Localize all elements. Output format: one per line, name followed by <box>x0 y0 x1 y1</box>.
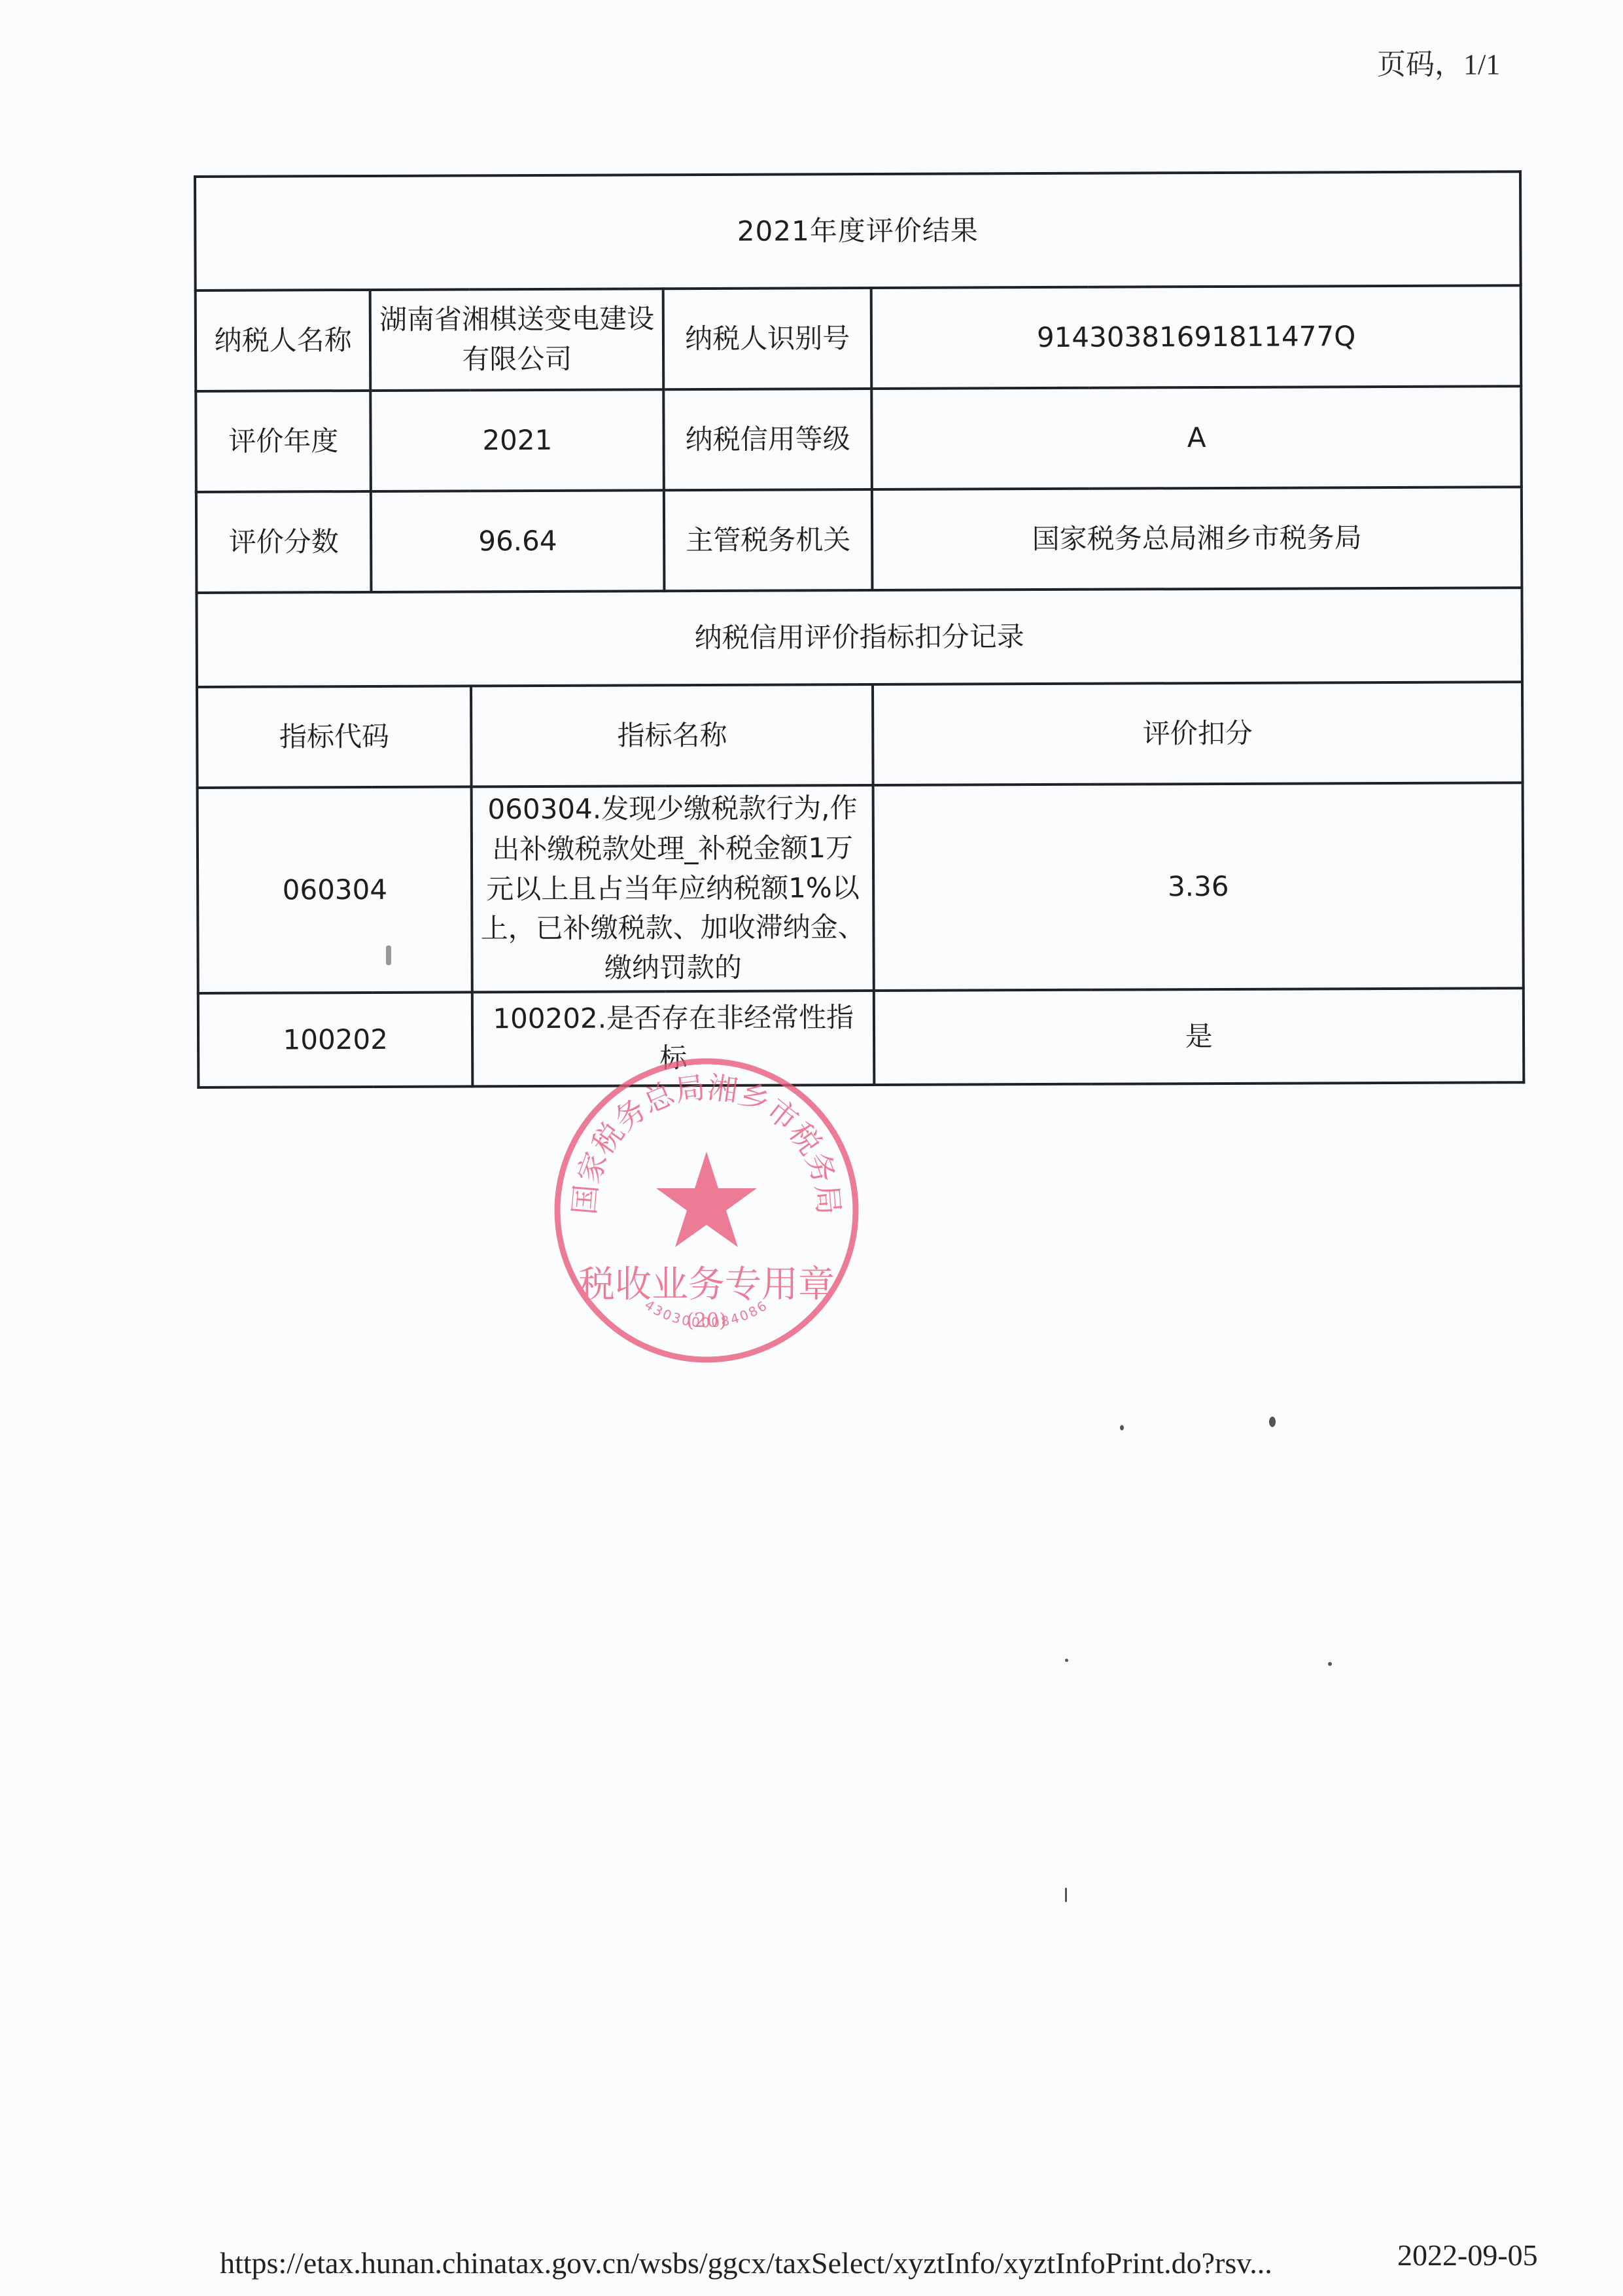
authority-label: 主管税务机关 <box>664 489 873 591</box>
scan-speck <box>386 945 391 965</box>
taxpayer-name-value: 湖南省湘棋送变电建设有限公司 <box>370 289 663 391</box>
taxpayer-name-label: 纳税人名称 <box>196 290 371 391</box>
column-header-deduction: 评价扣分 <box>873 682 1522 785</box>
indicator-name: 060304.发现少缴税款行为,作出补缴税款处理_补税金额1万元以上且占当年应纳… <box>472 785 874 992</box>
deduction-header-row: 指标代码 指标名称 评价扣分 <box>197 682 1523 788</box>
star-icon <box>656 1152 757 1247</box>
info-row-taxpayer: 纳税人名称 湖南省湘棋送变电建设有限公司 纳税人识别号 914303816918… <box>196 285 1522 391</box>
footer-url: https://etax.hunan.chinatax.gov.cn/wsbs/… <box>220 2246 1272 2280</box>
scan-speck <box>1065 1659 1068 1662</box>
official-seal: 国家税务总局湘乡市税务局 税收业务专用章 (20) 4303000084086 <box>550 1053 864 1368</box>
taxpayer-id-label: 纳税人识别号 <box>663 288 872 389</box>
seal-center-text: 税收业务专用章 <box>578 1263 835 1306</box>
eval-year-value: 2021 <box>371 389 664 491</box>
taxpayer-id-value: 91430381691811477Q <box>871 285 1521 389</box>
indicator-code: 100202 <box>198 992 473 1087</box>
scan-speck <box>1120 1425 1124 1430</box>
table-row: 060304 060304.发现少缴税款行为,作出补缴税款处理_补税金额1万元以… <box>198 783 1524 993</box>
scan-speck <box>1065 1888 1067 1902</box>
indicator-code: 060304 <box>198 786 473 993</box>
score-value: 96.64 <box>371 490 664 592</box>
info-row-score: 评价分数 96.64 主管税务机关 国家税务总局湘乡市税务局 <box>196 487 1522 593</box>
footer-date: 2022-09-05 <box>1397 2238 1538 2272</box>
page-number: 页码，1/1 <box>1377 41 1500 82</box>
column-header-code: 指标代码 <box>197 686 472 788</box>
score-label: 评价分数 <box>196 491 372 593</box>
evaluation-table: 2021年度评价结果 纳税人名称 湖南省湘棋送变电建设有限公司 纳税人识别号 9… <box>194 170 1525 1089</box>
evaluation-result-sheet: 2021年度评价结果 纳税人名称 湖南省湘棋送变电建设有限公司 纳税人识别号 9… <box>194 170 1525 1089</box>
info-row-year: 评价年度 2021 纳税信用等级 A <box>196 386 1522 492</box>
indicator-deduction: 是 <box>874 988 1524 1085</box>
report-title: 2021年度评价结果 <box>195 171 1521 291</box>
eval-year-label: 评价年度 <box>196 391 371 492</box>
scan-speck <box>1269 1417 1276 1427</box>
column-header-name: 指标名称 <box>471 684 873 786</box>
authority-value: 国家税务总局湘乡市税务局 <box>872 487 1522 590</box>
scan-speck <box>1328 1662 1332 1666</box>
indicator-deduction: 3.36 <box>873 783 1524 991</box>
credit-level-label: 纳税信用等级 <box>663 389 872 490</box>
credit-level-value: A <box>871 386 1521 489</box>
deduction-section-title: 纳税信用评价指标扣分记录 <box>196 588 1522 687</box>
